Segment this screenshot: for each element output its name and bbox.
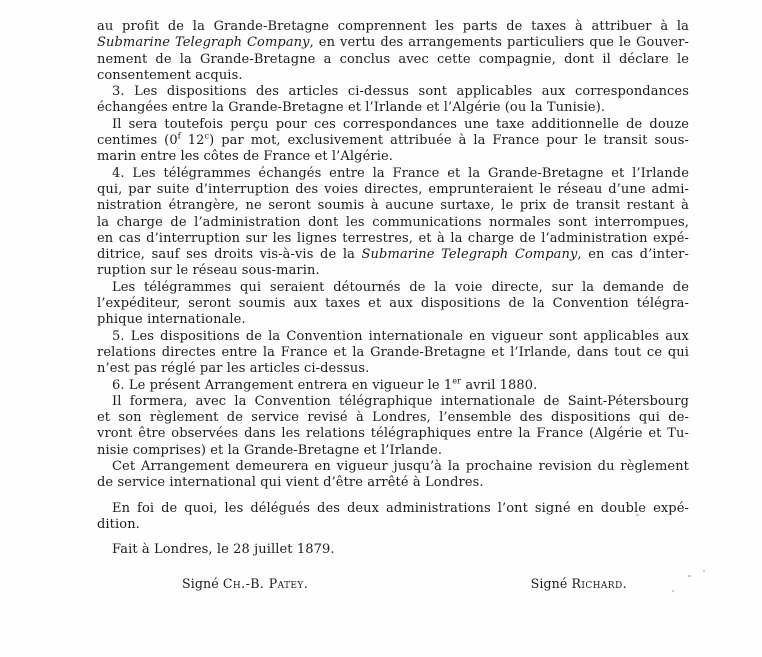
signature-left: Signé Ch.-B. Patey. <box>182 576 308 592</box>
paragraph-4: 4. Les télégrammes échangés entre la Fra… <box>97 166 689 280</box>
paragraph-2: 3. Les dispositions des articles ci-dess… <box>97 84 689 117</box>
text-line: et son règlement de service revisé à Lon… <box>97 410 689 426</box>
scanned-page: au profit de la Grande-Bretagne comprenn… <box>0 0 762 657</box>
text-line: Cet Arrangement demeurera en vigueur jus… <box>97 459 689 475</box>
text-line: 4. Les télégrammes échangés entre la Fra… <box>97 166 689 182</box>
text-line: qui, par suite d’interruption des voies … <box>97 182 689 198</box>
paragraph-1: au profit de la Grande-Bretagne comprenn… <box>97 19 689 84</box>
scan-speck <box>659 509 661 511</box>
text-line: phique internationale. <box>97 312 689 328</box>
scan-speck <box>688 575 691 577</box>
text-line: la charge de l’administration dont les c… <box>97 215 689 231</box>
text-line: ruption sur le réseau sous-marin. <box>97 263 689 279</box>
text-line: En foi de quoi, les délégués des deux ad… <box>97 501 689 517</box>
paragraph-7: 6. Le présent Arrangement entrera en vig… <box>97 378 689 394</box>
text-line: Il sera toutefois perçu pour ces corresp… <box>97 117 689 133</box>
text-line: centimes (0f 12c) par mot, exclusivement… <box>97 133 689 149</box>
paragraph-8: Il formera, avec la Convention télégraph… <box>97 394 689 459</box>
document-body: au profit de la Grande-Bretagne comprenn… <box>97 19 689 592</box>
small-caps-text: Ch.-B. Patey. <box>223 576 308 591</box>
paragraph-11: Fait à Londres, le 28 juillet 1879. <box>97 542 689 558</box>
text-line: vront être observées dans les relations … <box>97 426 689 442</box>
text-line: dition. <box>97 517 689 533</box>
text-line: Il formera, avec la Convention télégraph… <box>97 394 689 410</box>
text-line: n’est pas réglé par les articles ci-dess… <box>97 361 689 377</box>
text-line: Les télégrammes qui seraient détournés d… <box>97 280 689 296</box>
text-line: relations directes entre la France et la… <box>97 345 689 361</box>
text-line: de service international qui vient d’êtr… <box>97 475 689 491</box>
text-line: marin entre les côtes de France et l’Alg… <box>97 149 689 165</box>
text-line: en cas d’interruption sur les lignes ter… <box>97 231 689 247</box>
text-line: ditrice, sauf ses droits vis-à-vis de la… <box>97 247 689 263</box>
text-line: 5. Les dispositions de la Convention int… <box>97 329 689 345</box>
text-line: Fait à Londres, le 28 juillet 1879. <box>97 542 689 558</box>
text-line: nisie comprises) et la Grande-Bretagne e… <box>97 443 689 459</box>
paragraph-3: Il sera toutefois perçu pour ces corresp… <box>97 117 689 166</box>
small-caps-text: Richard. <box>572 576 627 591</box>
text-line: nement de la Grande-Bretagne a conclus a… <box>97 52 689 68</box>
superscript-text: f <box>178 132 181 141</box>
paragraph-10: En foi de quoi, les délégués des deux ad… <box>97 501 689 534</box>
text-line: 6. Le présent Arrangement entrera en vig… <box>97 378 689 394</box>
text-line: consentement acquis. <box>97 68 689 84</box>
text-line: l’expéditeur, seront soumis aux taxes et… <box>97 296 689 312</box>
italic-text: Submarine Telegraph Company <box>362 247 578 262</box>
text-line: Submarine Telegraph Company, en vertu de… <box>97 35 689 51</box>
scan-speck <box>672 590 674 592</box>
text-line: échangées entre la Grande-Bretagne et l’… <box>97 100 689 116</box>
signature-right: Signé Richard. <box>531 576 627 592</box>
text-line: 3. Les dispositions des articles ci-dess… <box>97 84 689 100</box>
text-line: au profit de la Grande-Bretagne comprenn… <box>97 19 689 35</box>
paragraph-9: Cet Arrangement demeurera en vigueur jus… <box>97 459 689 492</box>
italic-text: Submarine Telegraph Company <box>97 35 310 50</box>
scan-speck <box>636 514 639 516</box>
text-line: nistration étrangère, ne seront soumis à… <box>97 198 689 214</box>
paragraph-5: Les télégrammes qui seraient détournés d… <box>97 280 689 329</box>
signature-row: Signé Ch.-B. Patey.Signé Richard. <box>97 576 689 592</box>
superscript-text: er <box>452 376 461 385</box>
superscript-text: c <box>204 132 209 141</box>
paragraph-6: 5. Les dispositions de la Convention int… <box>97 329 689 378</box>
scan-speck <box>703 570 705 572</box>
